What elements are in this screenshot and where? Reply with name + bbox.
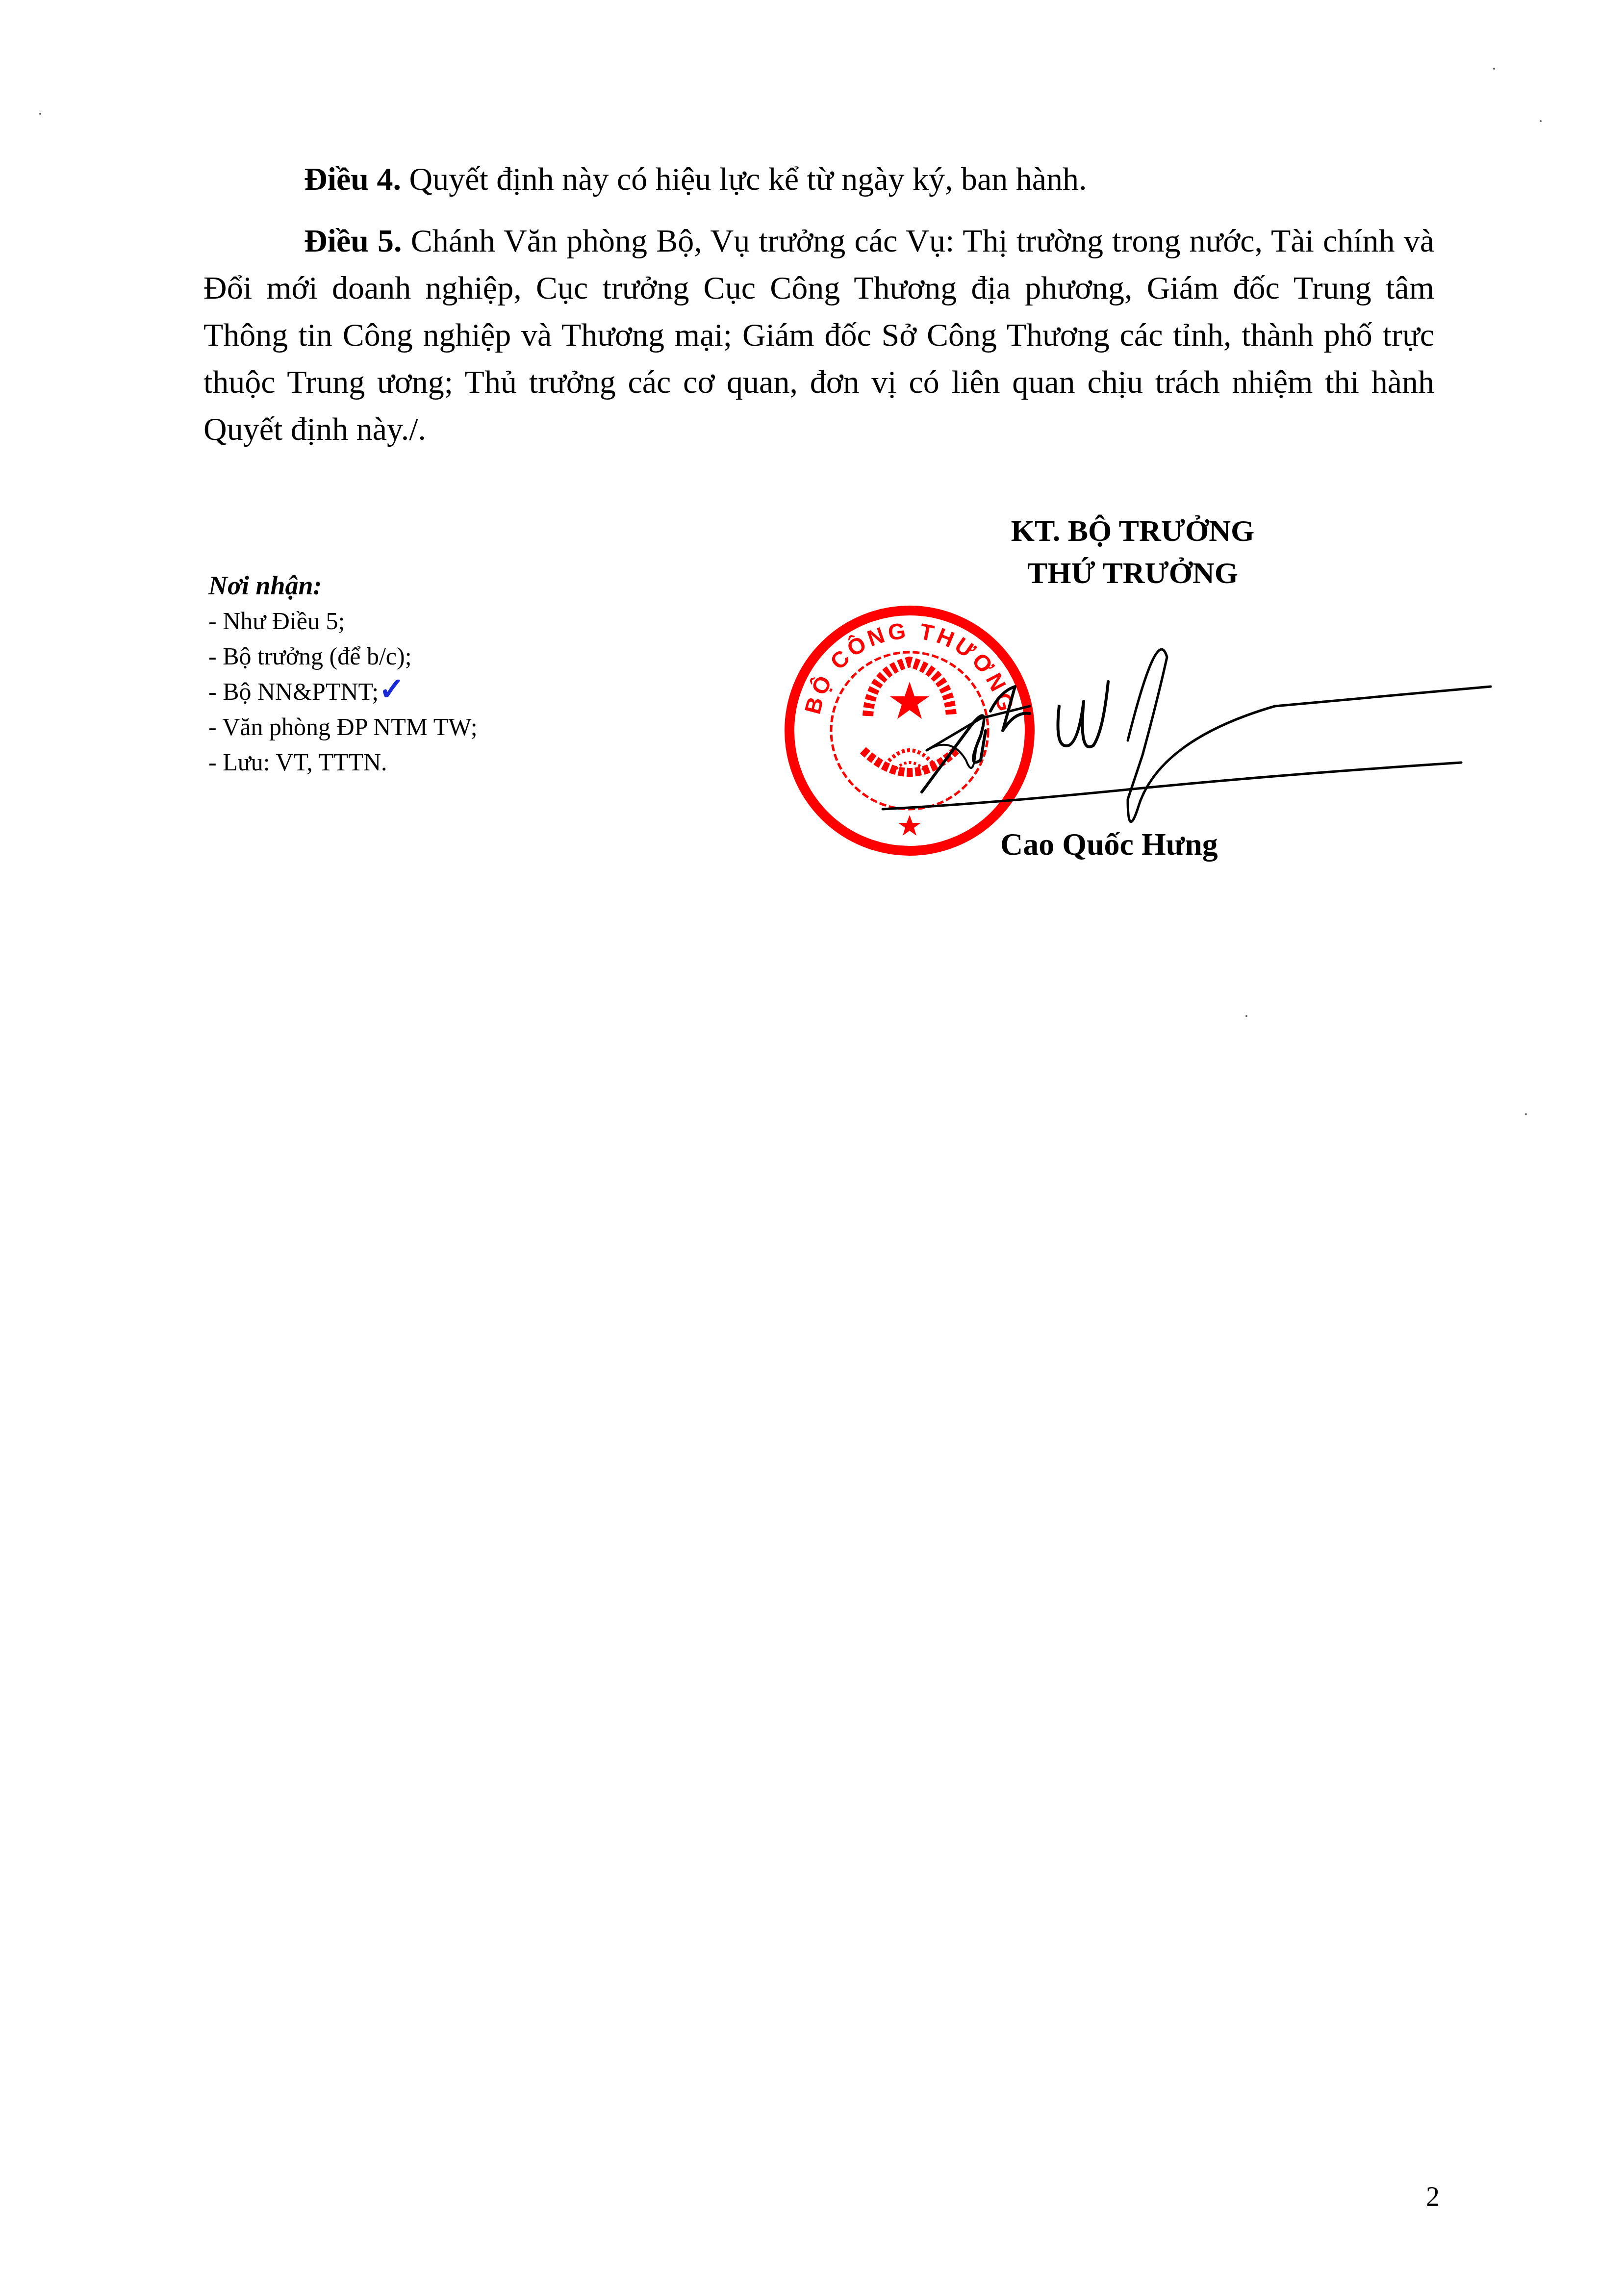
signature-title: KT. BỘ TRƯỞNG THỨ TRƯỞNG (961, 510, 1304, 594)
article-4-text: Quyết định này có hiệu lực kể từ ngày ký… (401, 161, 1087, 197)
recipient-item: - Lưu: VT, TTTN. (208, 744, 478, 780)
recipients-block: Nơi nhận: - Như Điều 5; - Bộ trưởng (để … (208, 568, 478, 780)
scan-speck (39, 113, 41, 115)
page-number: 2 (1426, 2181, 1440, 2213)
scan-speck (1540, 120, 1542, 122)
scan-speck (1525, 1113, 1527, 1115)
recipient-item: - Như Điều 5; (208, 603, 478, 638)
document-body: Điều 4. Quyết định này có hiệu lực kể từ… (203, 156, 1434, 453)
article-5-label: Điều 5. (304, 223, 402, 259)
scan-speck (1493, 68, 1495, 70)
article-4-label: Điều 4. (304, 161, 401, 197)
recipient-item: - Văn phòng ĐP NTM TW; (208, 709, 478, 744)
recipient-item: - Bộ NN&PTNT;✓ (208, 674, 478, 709)
signer-name: Cao Quốc Hưng (1000, 826, 1218, 863)
article-5: Điều 5. Chánh Văn phòng Bộ, Vụ trưởng cá… (203, 218, 1434, 453)
recipient-item: - Bộ trưởng (để b/c); (208, 638, 478, 674)
signature-title-line2: THỨ TRƯỞNG (961, 552, 1304, 594)
signature-title-line1: KT. BỘ TRƯỞNG (961, 510, 1304, 552)
check-mark-icon: ✓ (379, 672, 405, 707)
article-4: Điều 4. Quyết định này có hiệu lực kể từ… (203, 156, 1434, 203)
recipient-item-text: - Bộ NN&PTNT; (208, 678, 379, 705)
scan-speck (1245, 1015, 1247, 1017)
recipients-heading: Nơi nhận: (208, 568, 478, 603)
document-page: Điều 4. Quyết định này có hiệu lực kể từ… (0, 0, 1624, 2294)
